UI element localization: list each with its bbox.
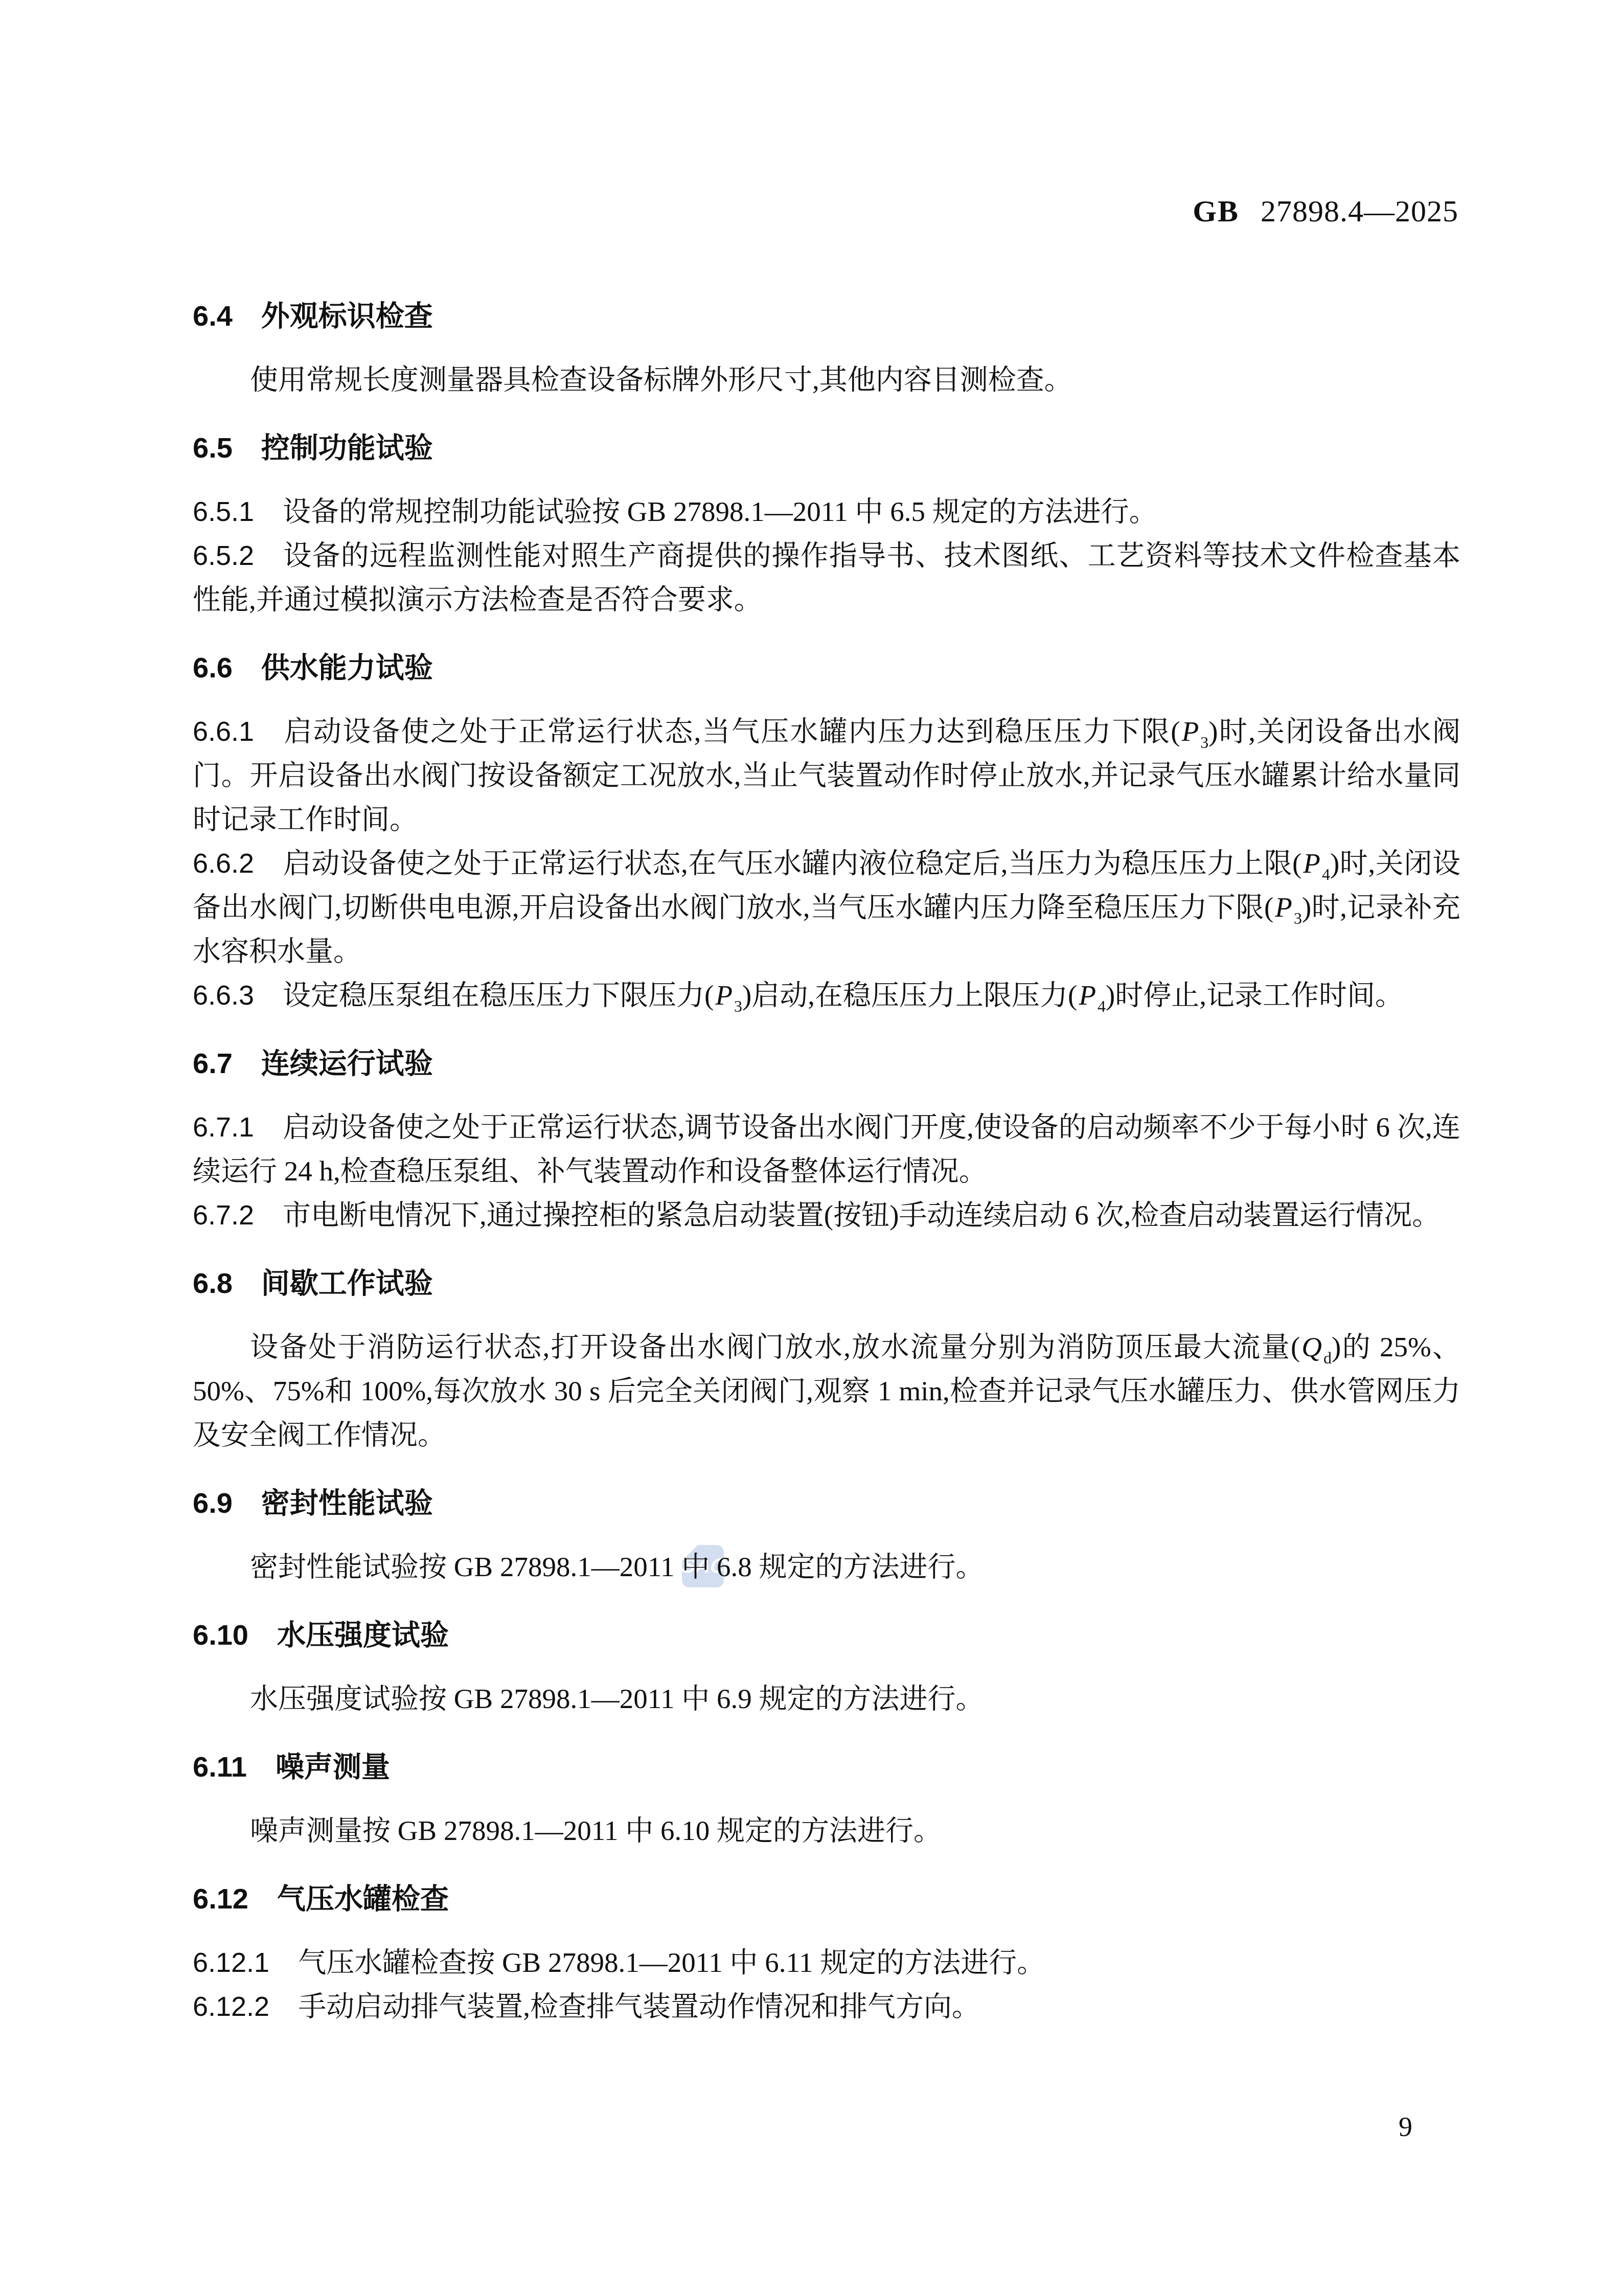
clause-number: 6.7.1 bbox=[193, 1112, 254, 1143]
clause-number: 6.6.3 bbox=[193, 980, 254, 1011]
page-number: 9 bbox=[1399, 2111, 1412, 2142]
clause-paragraph: 6.12.2手动启动排气装置,检查排气装置动作情况和排气方向。 bbox=[193, 1985, 1460, 2029]
clause-paragraph: 6.7.2市电断电情况下,通过操控柜的紧急启动装置(按钮)手动连续启动 6 次,… bbox=[193, 1193, 1460, 1237]
header-space bbox=[1247, 194, 1253, 228]
variable-symbol: Q bbox=[1300, 1331, 1323, 1362]
section-number: 6.4 bbox=[193, 300, 233, 332]
section-number: 6.12 bbox=[193, 1882, 248, 1915]
clause-paragraph: 6.12.1气压水罐检查按 GB 27898.1—2011 中 6.11 规定的… bbox=[193, 1941, 1460, 1985]
section-number: 6.7 bbox=[193, 1047, 233, 1079]
section-title: 控制功能试验 bbox=[261, 431, 433, 464]
section-heading: 6.4外观标识检查 bbox=[193, 294, 1460, 338]
clause-number: 6.7.2 bbox=[193, 1200, 254, 1231]
section-title: 气压水罐检查 bbox=[277, 1882, 449, 1915]
section-number: 6.10 bbox=[193, 1619, 248, 1651]
section-title: 密封性能试验 bbox=[261, 1487, 433, 1519]
standard-page: GB 27898.4—2025 SAC 6.4外观标识检查使用常规长度测量器具检… bbox=[0, 0, 1623, 2296]
clause-number: 6.6.2 bbox=[193, 848, 254, 879]
section-title: 间歇工作试验 bbox=[261, 1267, 433, 1299]
clause-paragraph: 6.6.2启动设备使之处于正常运行状态,在气压水罐内液位稳定后,当压力为稳压压力… bbox=[193, 842, 1460, 973]
section-heading: 6.12气压水罐检查 bbox=[193, 1877, 1460, 1921]
section-heading: 6.6供水能力试验 bbox=[193, 646, 1460, 690]
clause-paragraph: 6.6.3设定稳压泵组在稳压压力下限压力(P3)启动,在稳压压力上限压力(P4)… bbox=[193, 973, 1460, 1017]
clause-paragraph: 6.5.1设备的常规控制功能试验按 GB 27898.1—2011 中 6.5 … bbox=[193, 490, 1460, 534]
section-number: 6.6 bbox=[193, 651, 233, 684]
variable-subscript: 3 bbox=[1294, 909, 1302, 927]
clause-number: 6.12.1 bbox=[193, 1947, 269, 1978]
body-paragraph: 噪声测量按 GB 27898.1—2011 中 6.10 规定的方法进行。 bbox=[193, 1809, 1460, 1853]
section-title: 噪声测量 bbox=[276, 1751, 390, 1783]
body-paragraph: 密封性能试验按 GB 27898.1—2011 中 6.8 规定的方法进行。 bbox=[193, 1545, 1460, 1589]
page-header-standard-number: GB 27898.4—2025 bbox=[1193, 195, 1458, 227]
variable-symbol: P bbox=[1180, 716, 1201, 747]
variable-subscript: 3 bbox=[1200, 733, 1208, 752]
variable-subscript: 3 bbox=[734, 997, 742, 1015]
variable-symbol: P bbox=[714, 980, 734, 1011]
section-heading: 6.10水压强度试验 bbox=[193, 1613, 1460, 1657]
body-paragraph: 设备处于消防运行状态,打开设备出水阀门放水,放水流量分别为消防顶压最大流量(Qd… bbox=[193, 1325, 1460, 1457]
clause-number: 6.6.1 bbox=[193, 716, 254, 747]
section-title: 供水能力试验 bbox=[261, 651, 433, 684]
body-paragraph: 水压强度试验按 GB 27898.1—2011 中 6.9 规定的方法进行。 bbox=[193, 1677, 1460, 1721]
document-body: 6.4外观标识检查使用常规长度测量器具检查设备标牌外形尺寸,其他内容目测检查。6… bbox=[193, 270, 1460, 2029]
variable-symbol: P bbox=[1301, 848, 1322, 879]
section-number: 6.11 bbox=[193, 1751, 247, 1783]
clause-number: 6.5.1 bbox=[193, 496, 254, 527]
body-paragraph: 使用常规长度测量器具检查设备标牌外形尺寸,其他内容目测检查。 bbox=[193, 358, 1460, 402]
section-heading: 6.8间歇工作试验 bbox=[193, 1261, 1460, 1305]
clause-paragraph: 6.7.1启动设备使之处于正常运行状态,调节设备出水阀门开度,使设备的启动频率不… bbox=[193, 1105, 1460, 1193]
section-title: 连续运行试验 bbox=[261, 1047, 433, 1079]
section-heading: 6.9密封性能试验 bbox=[193, 1481, 1460, 1525]
clause-paragraph: 6.6.1启动设备使之处于正常运行状态,当气压水罐内压力达到稳压压力下限(P3)… bbox=[193, 710, 1460, 842]
variable-subscript: 4 bbox=[1098, 997, 1106, 1015]
clause-paragraph: 6.5.2设备的远程监测性能对照生产商提供的操作指导书、技术图纸、工艺资料等技术… bbox=[193, 534, 1460, 622]
section-title: 水压强度试验 bbox=[277, 1619, 449, 1651]
standard-prefix: GB bbox=[1193, 194, 1239, 228]
variable-symbol: P bbox=[1077, 980, 1098, 1011]
clause-number: 6.5.2 bbox=[193, 540, 254, 571]
section-number: 6.9 bbox=[193, 1487, 233, 1519]
variable-subscript: d bbox=[1323, 1349, 1332, 1367]
section-heading: 6.7连续运行试验 bbox=[193, 1041, 1460, 1085]
standard-number: 27898.4—2025 bbox=[1261, 194, 1458, 228]
clause-number: 6.12.2 bbox=[193, 1991, 269, 2022]
section-heading: 6.11噪声测量 bbox=[193, 1745, 1460, 1789]
variable-subscript: 4 bbox=[1322, 865, 1330, 883]
section-title: 外观标识检查 bbox=[261, 300, 433, 332]
section-number: 6.5 bbox=[193, 431, 233, 464]
section-number: 6.8 bbox=[193, 1267, 233, 1299]
variable-symbol: P bbox=[1273, 892, 1294, 923]
section-heading: 6.5控制功能试验 bbox=[193, 426, 1460, 470]
